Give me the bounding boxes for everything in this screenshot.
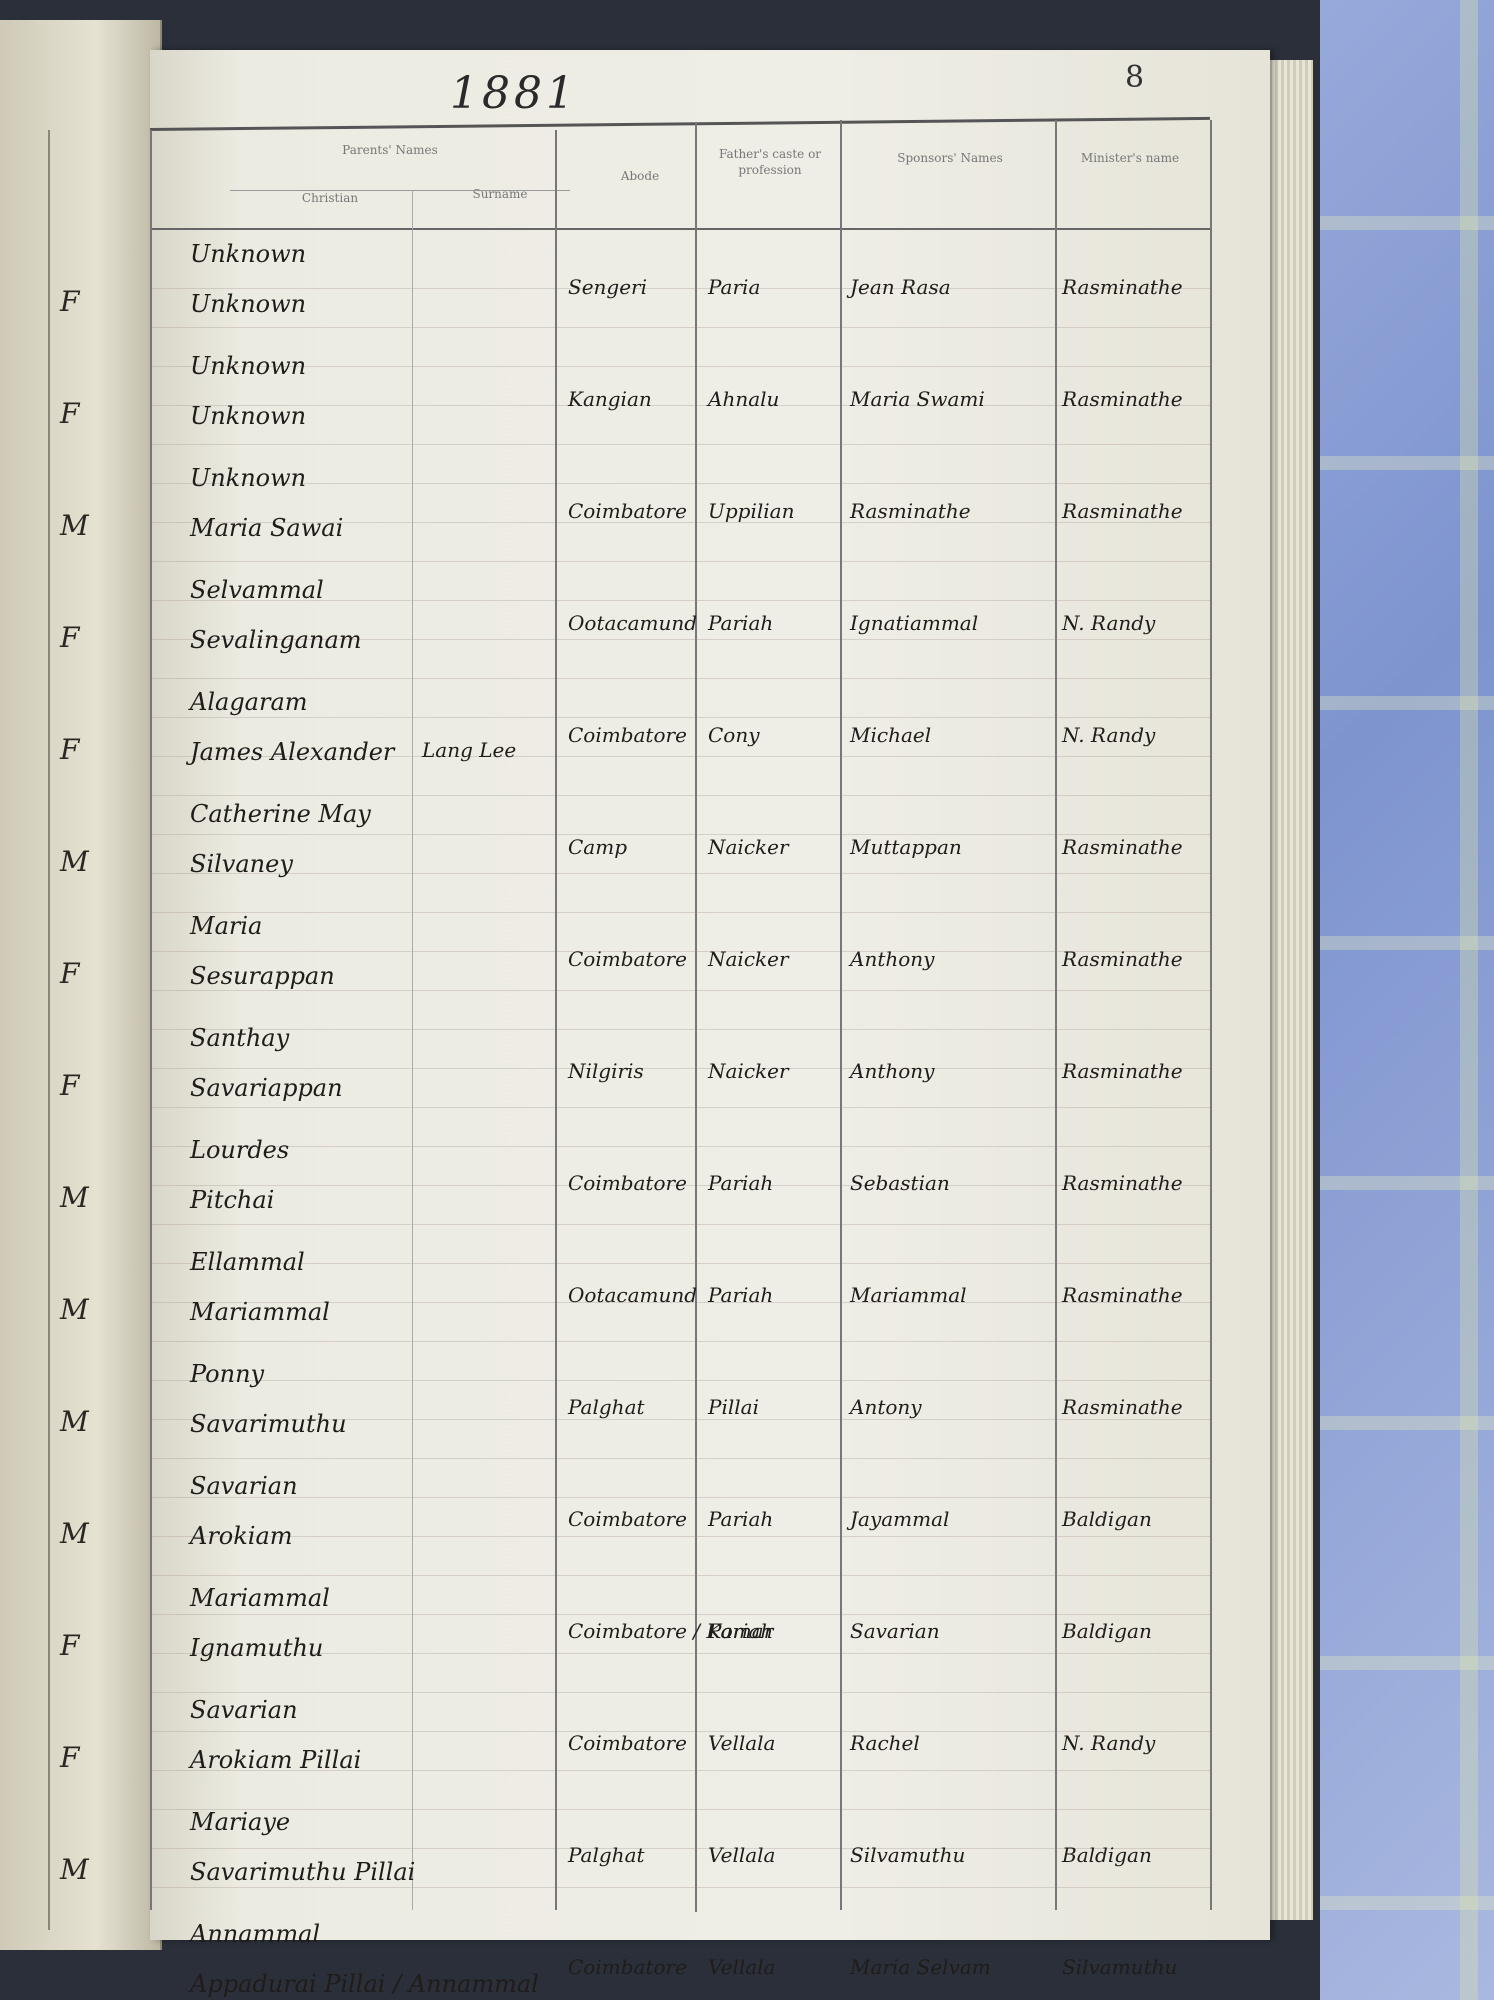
entry-abode: Coimbatore: [568, 1955, 687, 1979]
header-abode: Abode: [570, 168, 710, 184]
entry-abode: Ootacamund: [568, 1283, 697, 1307]
entry-mother-name: Silvaney: [190, 850, 293, 878]
entry-mother-name: Ignamuthu: [190, 1634, 323, 1662]
entry-profession: Cony: [708, 723, 760, 747]
entry-father-name: Unknown: [190, 240, 306, 268]
entry-father-name: Savarian: [190, 1472, 298, 1500]
entry-sex: F: [60, 957, 79, 990]
entry-sex: F: [60, 733, 79, 766]
entry-profession: Vellala: [708, 1843, 775, 1867]
entry-mother-name: Arokiam: [190, 1522, 293, 1550]
header-ministers-name: Minister's name: [1050, 150, 1210, 166]
entry-sex: M: [60, 845, 89, 878]
entry-abode: Ootacamund: [568, 611, 697, 635]
column-rule-minister: [1055, 120, 1057, 1910]
ledger-page: 1881 8 Parents' Names Christian Surname …: [150, 50, 1270, 1940]
entry-sponsor: Anthony: [850, 947, 934, 971]
entry-abode: Coimbatore: [568, 1731, 687, 1755]
column-rule-left: [150, 130, 152, 1910]
entry-mother-name: Unknown: [190, 402, 306, 430]
entry-mother-name: Maria Sawai: [190, 514, 343, 542]
page-number: 8: [1125, 60, 1144, 95]
entry-profession: Naicker: [708, 835, 789, 859]
entry-sponsor: Antony: [850, 1395, 922, 1419]
entry-mother-name: Mariammal: [190, 1298, 330, 1326]
entry-minister: Rasminathe: [1062, 1059, 1183, 1083]
entry-profession: Naicker: [708, 947, 789, 971]
entry-minister: N. Randy: [1062, 611, 1155, 635]
entry-sex: M: [60, 1517, 89, 1550]
entry-father-name: Annammal: [190, 1920, 320, 1948]
entry-profession: Pariah: [708, 1507, 773, 1531]
entry-minister: Rasminathe: [1062, 387, 1183, 411]
entry-sex: F: [60, 397, 79, 430]
entry-minister: Baldigan: [1062, 1843, 1152, 1867]
entry-abode: Coimbatore: [568, 1507, 687, 1531]
entry-abode: Coimbatore: [568, 1171, 687, 1195]
entry-profession: Paria: [708, 275, 760, 299]
entry-abode: Nilgiris: [568, 1059, 644, 1083]
column-rule-surname: [412, 190, 413, 1910]
column-rule-right: [1210, 120, 1212, 1910]
entry-mother-name: Unknown: [190, 290, 306, 318]
entry-sponsor: Rachel: [850, 1731, 920, 1755]
entry-sex: M: [60, 1405, 89, 1438]
entry-sponsor: Michael: [850, 723, 931, 747]
entry-sponsor: Savarian: [850, 1619, 940, 1643]
entry-father-name: Maria: [190, 912, 262, 940]
entry-sponsor: Jayammal: [850, 1507, 949, 1531]
entry-mother-name: Savarimuthu Pillai: [190, 1858, 415, 1886]
entry-father-name: Mariammal: [190, 1584, 330, 1612]
entry-abode: Coimbatore: [568, 499, 687, 523]
entry-profession: Pariah: [708, 1619, 773, 1643]
header-bottom-rule: [150, 228, 1210, 230]
entry-abode: Coimbatore: [568, 947, 687, 971]
entry-father-name: Ponny: [190, 1360, 264, 1388]
entry-profession: Vellala: [708, 1955, 775, 1979]
entry-father-name: Lourdes: [190, 1136, 289, 1164]
entry-sex: F: [60, 1069, 79, 1102]
entry-minister: Baldigan: [1062, 1507, 1152, 1531]
entry-minister: Rasminathe: [1062, 275, 1183, 299]
entry-minister: Baldigan: [1062, 1619, 1152, 1643]
header-surname: Surname: [430, 186, 570, 202]
entry-abode: Camp: [568, 835, 627, 859]
entry-father-name: Alagaram: [190, 688, 308, 716]
entry-minister: Rasminathe: [1062, 947, 1183, 971]
entry-profession: Pillai: [708, 1395, 759, 1419]
entry-profession: Vellala: [708, 1731, 775, 1755]
entry-mother-name: Arokiam Pillai: [190, 1746, 361, 1774]
entry-profession: Pariah: [708, 1283, 773, 1307]
header-fathers-profession: Father's caste or profession: [705, 146, 835, 178]
entry-sponsor: Silvamuthu: [850, 1843, 965, 1867]
entry-sex: F: [60, 1629, 79, 1662]
entry-sponsor: Ignatiammal: [850, 611, 978, 635]
entry-profession: Pariah: [708, 611, 773, 635]
entry-minister: Rasminathe: [1062, 1171, 1183, 1195]
entry-father-name: Unknown: [190, 352, 306, 380]
entry-abode: Coimbatore: [568, 723, 687, 747]
entry-profession: Naicker: [708, 1059, 789, 1083]
entry-sex: F: [60, 1741, 79, 1774]
entry-sponsor: Maria Selvam: [850, 1955, 991, 1979]
entry-abode: Sengeri: [568, 275, 647, 299]
entry-sponsor: Jean Rasa: [850, 275, 951, 299]
entry-sex: F: [60, 621, 79, 654]
header-parents-names: Parents' Names: [240, 142, 540, 158]
entry-father-name: Unknown: [190, 464, 306, 492]
entry-sex: M: [60, 1853, 89, 1886]
entry-sponsor: Mariammal: [850, 1283, 967, 1307]
entry-abode: Palghat: [568, 1395, 645, 1419]
entry-minister: Rasminathe: [1062, 1283, 1183, 1307]
entry-abode: Kangian: [568, 387, 652, 411]
entry-sex: M: [60, 509, 89, 542]
entry-father-name: Mariaye: [190, 1808, 290, 1836]
entry-sponsor: Rasminathe: [850, 499, 971, 523]
entry-minister: N. Randy: [1062, 723, 1155, 747]
left-facing-page: [0, 20, 162, 1950]
entry-surname: Lang Lee: [422, 738, 516, 762]
page-year: 1881: [450, 68, 578, 119]
entry-abode: Palghat: [568, 1843, 645, 1867]
entry-minister: Silvamuthu: [1062, 1955, 1177, 1979]
entry-minister: Rasminathe: [1062, 499, 1183, 523]
entry-father-name: Catherine May: [190, 800, 371, 828]
entry-sponsor: Sebastian: [850, 1171, 950, 1195]
entry-sex: M: [60, 1181, 89, 1214]
column-rule-sponsors: [840, 120, 842, 1910]
header-christian: Christian: [230, 190, 430, 206]
entry-mother-name: Pitchai: [190, 1186, 274, 1214]
entry-mother-name: James Alexander: [190, 738, 394, 766]
header-top-rule: [150, 117, 1210, 131]
left-page-rule: [48, 130, 50, 1930]
header-sponsors-names: Sponsors' Names: [850, 150, 1050, 166]
column-rule-profession: [695, 122, 697, 1912]
entry-profession: Pariah: [708, 1171, 773, 1195]
entry-minister: Rasminathe: [1062, 1395, 1183, 1419]
column-rule-abode: [555, 130, 557, 1910]
entry-mother-name: Appadurai Pillai / Annammal: [190, 1970, 539, 1998]
entry-profession: Uppilian: [708, 499, 794, 523]
entry-sex: F: [60, 285, 79, 318]
entry-father-name: Ellammal: [190, 1248, 305, 1276]
entry-minister: Rasminathe: [1062, 835, 1183, 859]
entry-mother-name: Sevalinganam: [190, 626, 362, 654]
entry-father-name: Selvammal: [190, 576, 324, 604]
entry-sponsor: Muttappan: [850, 835, 962, 859]
entry-father-name: Santhay: [190, 1024, 289, 1052]
entry-minister: N. Randy: [1062, 1731, 1155, 1755]
entry-mother-name: Savariappan: [190, 1074, 343, 1102]
entry-father-name: Savarian: [190, 1696, 298, 1724]
entry-mother-name: Savarimuthu: [190, 1410, 347, 1438]
entry-profession: Ahnalu: [708, 387, 779, 411]
parents-subheader-rule: [230, 190, 570, 191]
entry-sponsor: Maria Swami: [850, 387, 985, 411]
entry-sponsor: Anthony: [850, 1059, 934, 1083]
entry-sex: M: [60, 1293, 89, 1326]
entry-mother-name: Sesurappan: [190, 962, 335, 990]
